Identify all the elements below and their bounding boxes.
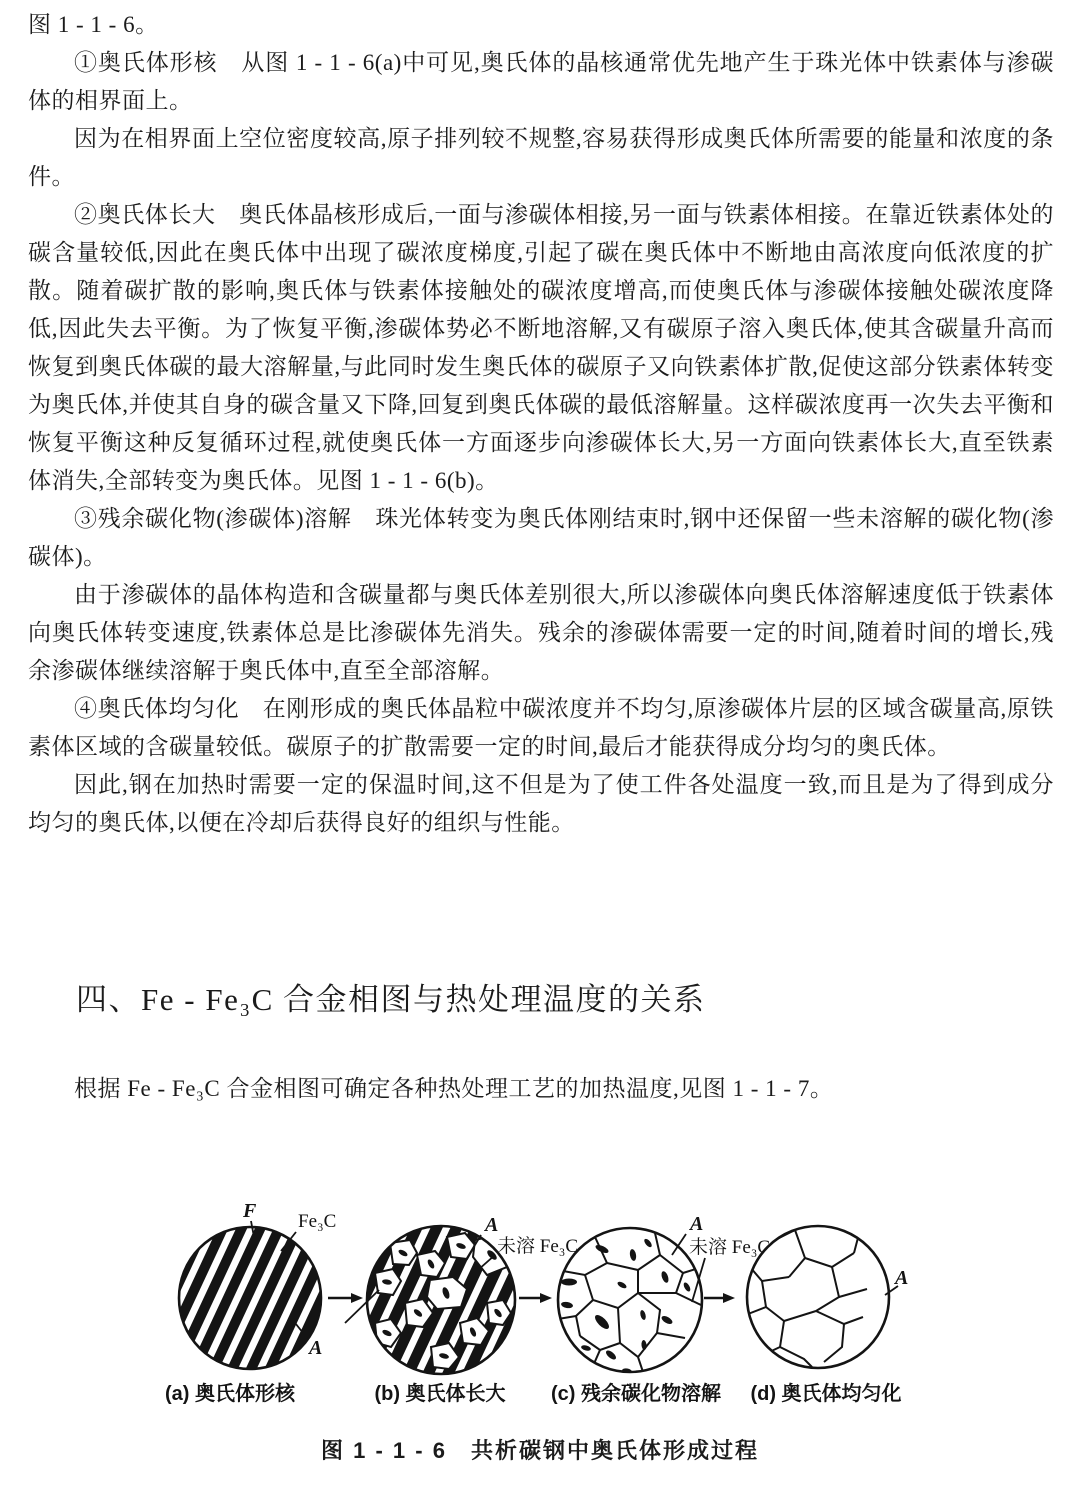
body-text-column: 图 1 - 1 - 6。 ①奥氏体形核 从图 1 - 1 - 6(a)中可见,奥… — [28, 6, 1054, 842]
figure-1-1-6: F Fe₃C A — [95, 1185, 995, 1407]
paragraph-cementite-dissolution: 由于渗碳体的晶体构造和含碳量都与奥氏体差别很大,所以渗碳体向奥氏体溶解速度低于铁… — [28, 576, 1054, 690]
label-austenite-a: A — [483, 1214, 498, 1236]
figure-caption: 图 1 - 1 - 6 共析碳钢中奥氏体形成过程 — [0, 1434, 1080, 1465]
panel-d-label: (d) 奥氏体均匀化 — [750, 1381, 901, 1405]
paragraph-continuation: 图 1 - 1 - 6。 — [28, 6, 1054, 44]
section-heading: 四、Fe - Fe₃C 合金相图与热处理温度的关系 — [76, 974, 706, 1019]
micrograph-panel-d: A — [747, 1226, 908, 1368]
paragraph-austenite-nucleation: ①奥氏体形核 从图 1 - 1 - 6(a)中可见,奥氏体的晶核通常优先地产生于… — [28, 44, 1054, 120]
paragraph-austenite-growth: ②奥氏体长大 奥氏体晶核形成后,一面与渗碳体相接,另一面与铁素体相接。在靠近铁素… — [28, 196, 1054, 500]
paragraph-homogenization: ④奥氏体均匀化 在刚形成的奥氏体晶粒中碳浓度并不均匀,原渗碳体片层的区域含碳量高… — [28, 690, 1054, 766]
textbook-page: 图 1 - 1 - 6。 ①奥氏体形核 从图 1 - 1 - 6(a)中可见,奥… — [0, 0, 1080, 1490]
micrograph-panel-a: F Fe₃C A — [123, 1185, 386, 1407]
micrograph-panel-c: A 未溶 Fe₃C — [557, 1213, 770, 1374]
label-austenite-a: A — [688, 1213, 703, 1235]
label-undissolved-fe3c: 未溶 Fe₃C — [689, 1236, 770, 1258]
paragraph-residual-carbide: ③残余碳化物(渗碳体)溶解 珠光体转变为奥氏体刚结束时,钢中还保留一些未溶解的碳… — [28, 500, 1054, 576]
paragraph-holding-time: 因此,钢在加热时需要一定的保温时间,这不但是为了使工件各处温度一致,而且是为了得… — [28, 766, 1054, 842]
process-arrow-3 — [704, 1293, 735, 1303]
label-ferrite-f: F — [242, 1200, 257, 1222]
label-cementite-fe3c: Fe₃C — [298, 1211, 336, 1232]
label-undissolved-fe3c: 未溶 Fe₃C — [497, 1235, 578, 1257]
micrograph-figure: F Fe₃C A — [95, 1185, 995, 1407]
lead-paragraph: 根据 Fe - Fe₃C 合金相图可确定各种热处理工艺的加热温度,见图 1 - … — [28, 1070, 1054, 1108]
process-arrow-1 — [328, 1293, 363, 1303]
panel-c-label: (c) 残余碳化物溶解 — [551, 1381, 722, 1405]
label-austenite-a: A — [307, 1337, 322, 1359]
process-arrow-2 — [519, 1293, 552, 1303]
panel-b-label: (b) 奥氏体长大 — [374, 1381, 505, 1405]
label-austenite-a: A — [893, 1267, 908, 1289]
panel-a-label: (a) 奥氏体形核 — [165, 1381, 296, 1405]
paragraph-interface-energy: 因为在相界面上空位密度较高,原子排列较不规整,容易获得形成奥氏体所需要的能量和浓… — [28, 120, 1054, 196]
